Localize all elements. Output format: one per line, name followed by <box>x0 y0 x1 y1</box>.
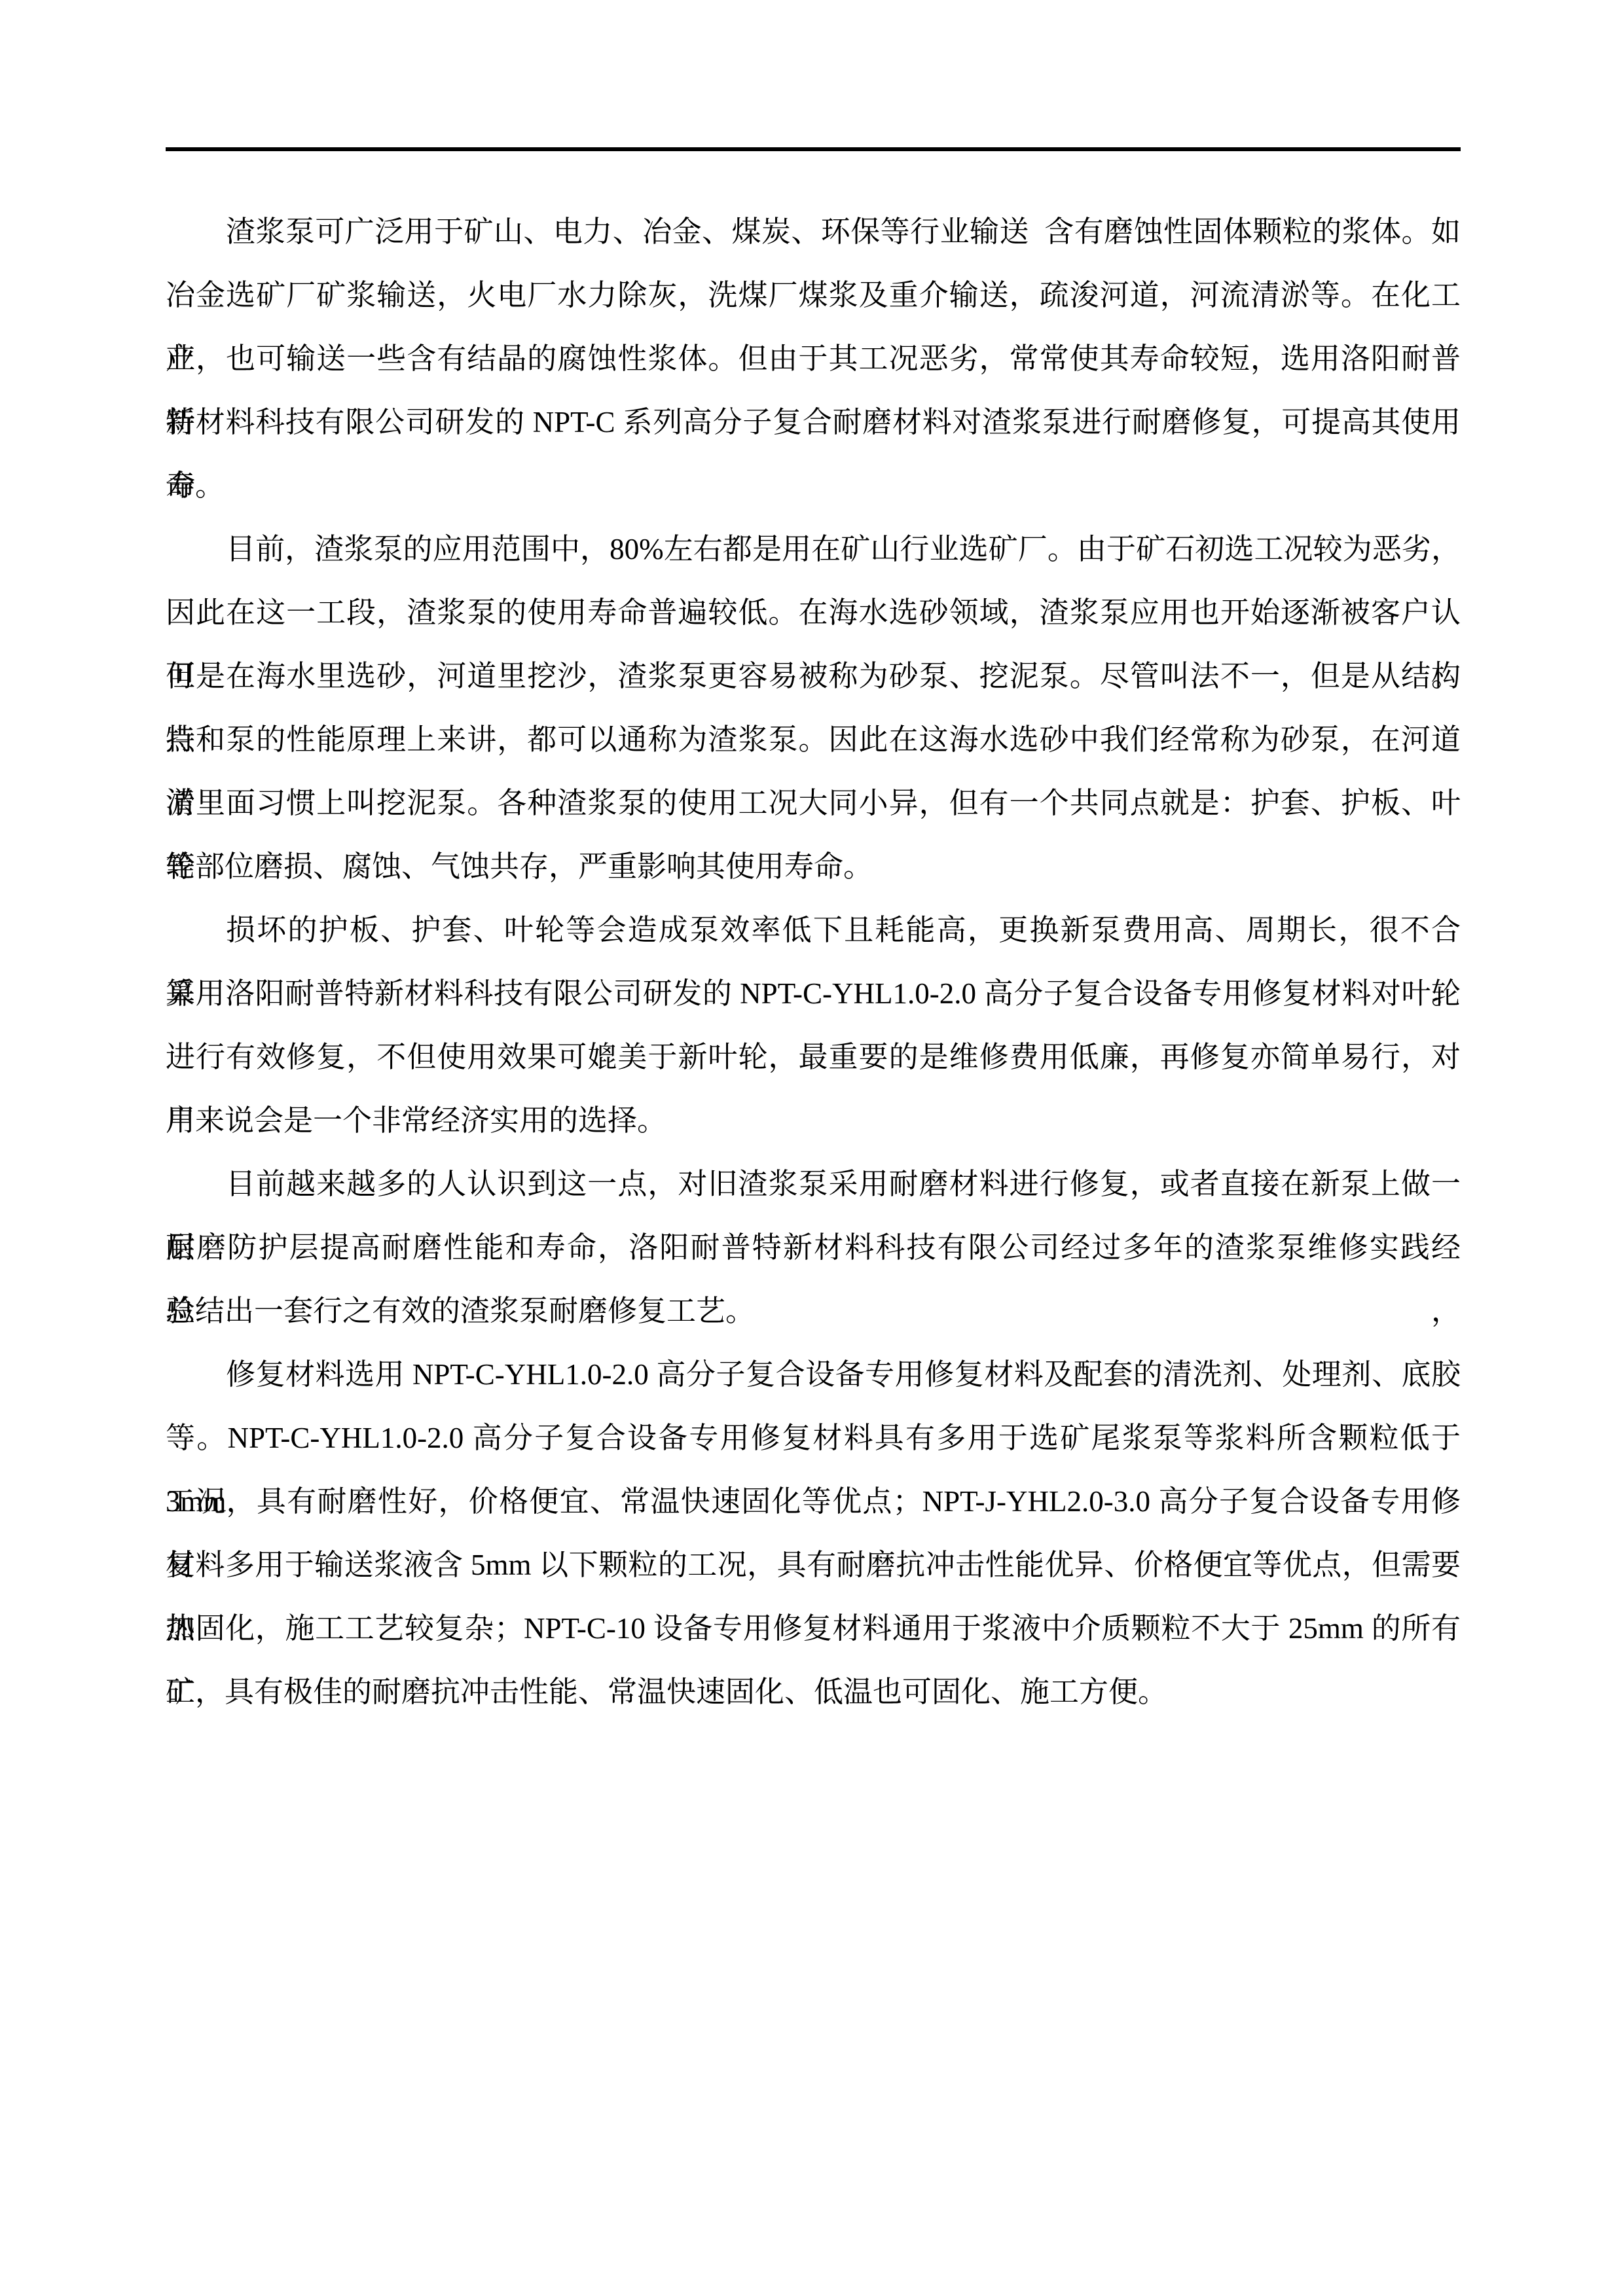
text-line: 渣浆泵可广泛用于矿山、电力、冶金、煤炭、环保等行业输送 含有磨蚀性固体颗粒的浆体… <box>166 200 1461 264</box>
text-line: 材料多用于输送浆液含 5mm 以下颗粒的工况，具有耐磨抗冲击性能优异、价格便宜等… <box>166 1534 1461 1597</box>
header-rule <box>166 147 1461 151</box>
text-line: 热固化，施工工艺较复杂；NPT-C-10 设备专用修复材料通用于浆液中介质颗粒不… <box>166 1597 1461 1660</box>
paragraph: 修复材料选用 NPT-C-YHL1.0-2.0 高分子复合设备专用修复材料及配套… <box>166 1343 1461 1724</box>
text-line: 新材料科技有限公司研发的 NPT-C 系列高分子复合耐磨材料对渣浆泵进行耐磨修复… <box>166 391 1461 454</box>
paragraph: 渣浆泵可广泛用于矿山、电力、冶金、煤炭、环保等行业输送 含有磨蚀性固体颗粒的浆体… <box>166 200 1461 518</box>
document-body: 渣浆泵可广泛用于矿山、电力、冶金、煤炭、环保等行业输送 含有磨蚀性固体颗粒的浆体… <box>166 200 1461 1724</box>
paragraph: 目前越来越多的人认识到这一点，对旧渣浆泵采用耐磨材料进行修复，或者直接在新泵上做… <box>166 1153 1461 1343</box>
text-line: 修复材料选用 NPT-C-YHL1.0-2.0 高分子复合设备专用修复材料及配套… <box>166 1343 1461 1407</box>
text-line: 目前，渣浆泵的应用范围中，80%左右都是用在矿山行业选矿厂。由于矿石初选工况较为… <box>166 518 1461 581</box>
text-line: 进行有效修复，不但使用效果可媲美于新叶轮，最重要的是维修费用低廉，再修复亦简单易… <box>166 1026 1461 1089</box>
text-line: 耐磨防护层提高耐磨性能和寿命，洛阳耐普特新材料科技有限公司经过多年的渣浆泵维修实… <box>166 1216 1461 1280</box>
text-line: 业，也可输送一些含有结晶的腐蚀性浆体。但由于其工况恶劣，常常使其寿命较短，选用洛… <box>166 327 1461 391</box>
text-line: 冶金选矿厂矿浆输送，火电厂水力除灰，洗煤厂煤浆及重介输送，疏浚河道，河流清淤等。… <box>166 264 1461 327</box>
text-line: 点和泵的性能原理上来讲，都可以通称为渣浆泵。因此在这海水选砂中我们经常称为砂泵，… <box>166 708 1461 772</box>
text-line: 采用洛阳耐普特新材料科技有限公司研发的 NPT-C-YHL1.0-2.0 高分子… <box>166 962 1461 1026</box>
paragraph: 损坏的护板、护套、叶轮等会造成泵效率低下且耗能高，更换新泵费用高、周期长，很不合… <box>166 899 1461 1153</box>
text-line: 目前越来越多的人认识到这一点，对旧渣浆泵采用耐磨材料进行修复，或者直接在新泵上做… <box>166 1153 1461 1216</box>
text-line: 工况，具有耐磨性好，价格便宜、常温快速固化等优点；NPT-J-YHL2.0-3.… <box>166 1470 1461 1534</box>
text-line: 矿，具有极佳的耐磨抗冲击性能、常温快速固化、低温也可固化、施工方便。 <box>166 1660 1461 1724</box>
text-line: 损坏的护板、护套、叶轮等会造成泵效率低下且耗能高，更换新泵费用高、周期长，很不合… <box>166 899 1461 962</box>
text-line: 户来说会是一个非常经济实用的选择。 <box>166 1089 1461 1153</box>
text-line: 等。NPT-C-YHL1.0-2.0 高分子复合设备专用修复材料具有多用于选矿尾… <box>166 1407 1461 1470</box>
document-page: 渣浆泵可广泛用于矿山、电力、冶金、煤炭、环保等行业输送 含有磨蚀性固体颗粒的浆体… <box>0 0 1623 2296</box>
text-line: 但是在海水里选砂，河道里挖沙，渣浆泵更容易被称为砂泵、挖泥泵。尽管叫法不一，但是… <box>166 645 1461 708</box>
text-line: 淤里面习惯上叫挖泥泵。各种渣浆泵的使用工况大同小异，但有一个共同点就是：护套、护… <box>166 772 1461 835</box>
paragraph: 目前，渣浆泵的应用范围中，80%左右都是用在矿山行业选矿厂。由于矿石初选工况较为… <box>166 518 1461 899</box>
text-line: 因此在这一工段，渣浆泵的使用寿命普遍较低。在海水选砂领域，渣浆泵应用也开始逐渐被… <box>166 581 1461 645</box>
text-line: 等部位磨损、腐蚀、气蚀共存，严重影响其使用寿命。 <box>166 835 1461 899</box>
text-line: 命。 <box>166 454 1461 518</box>
